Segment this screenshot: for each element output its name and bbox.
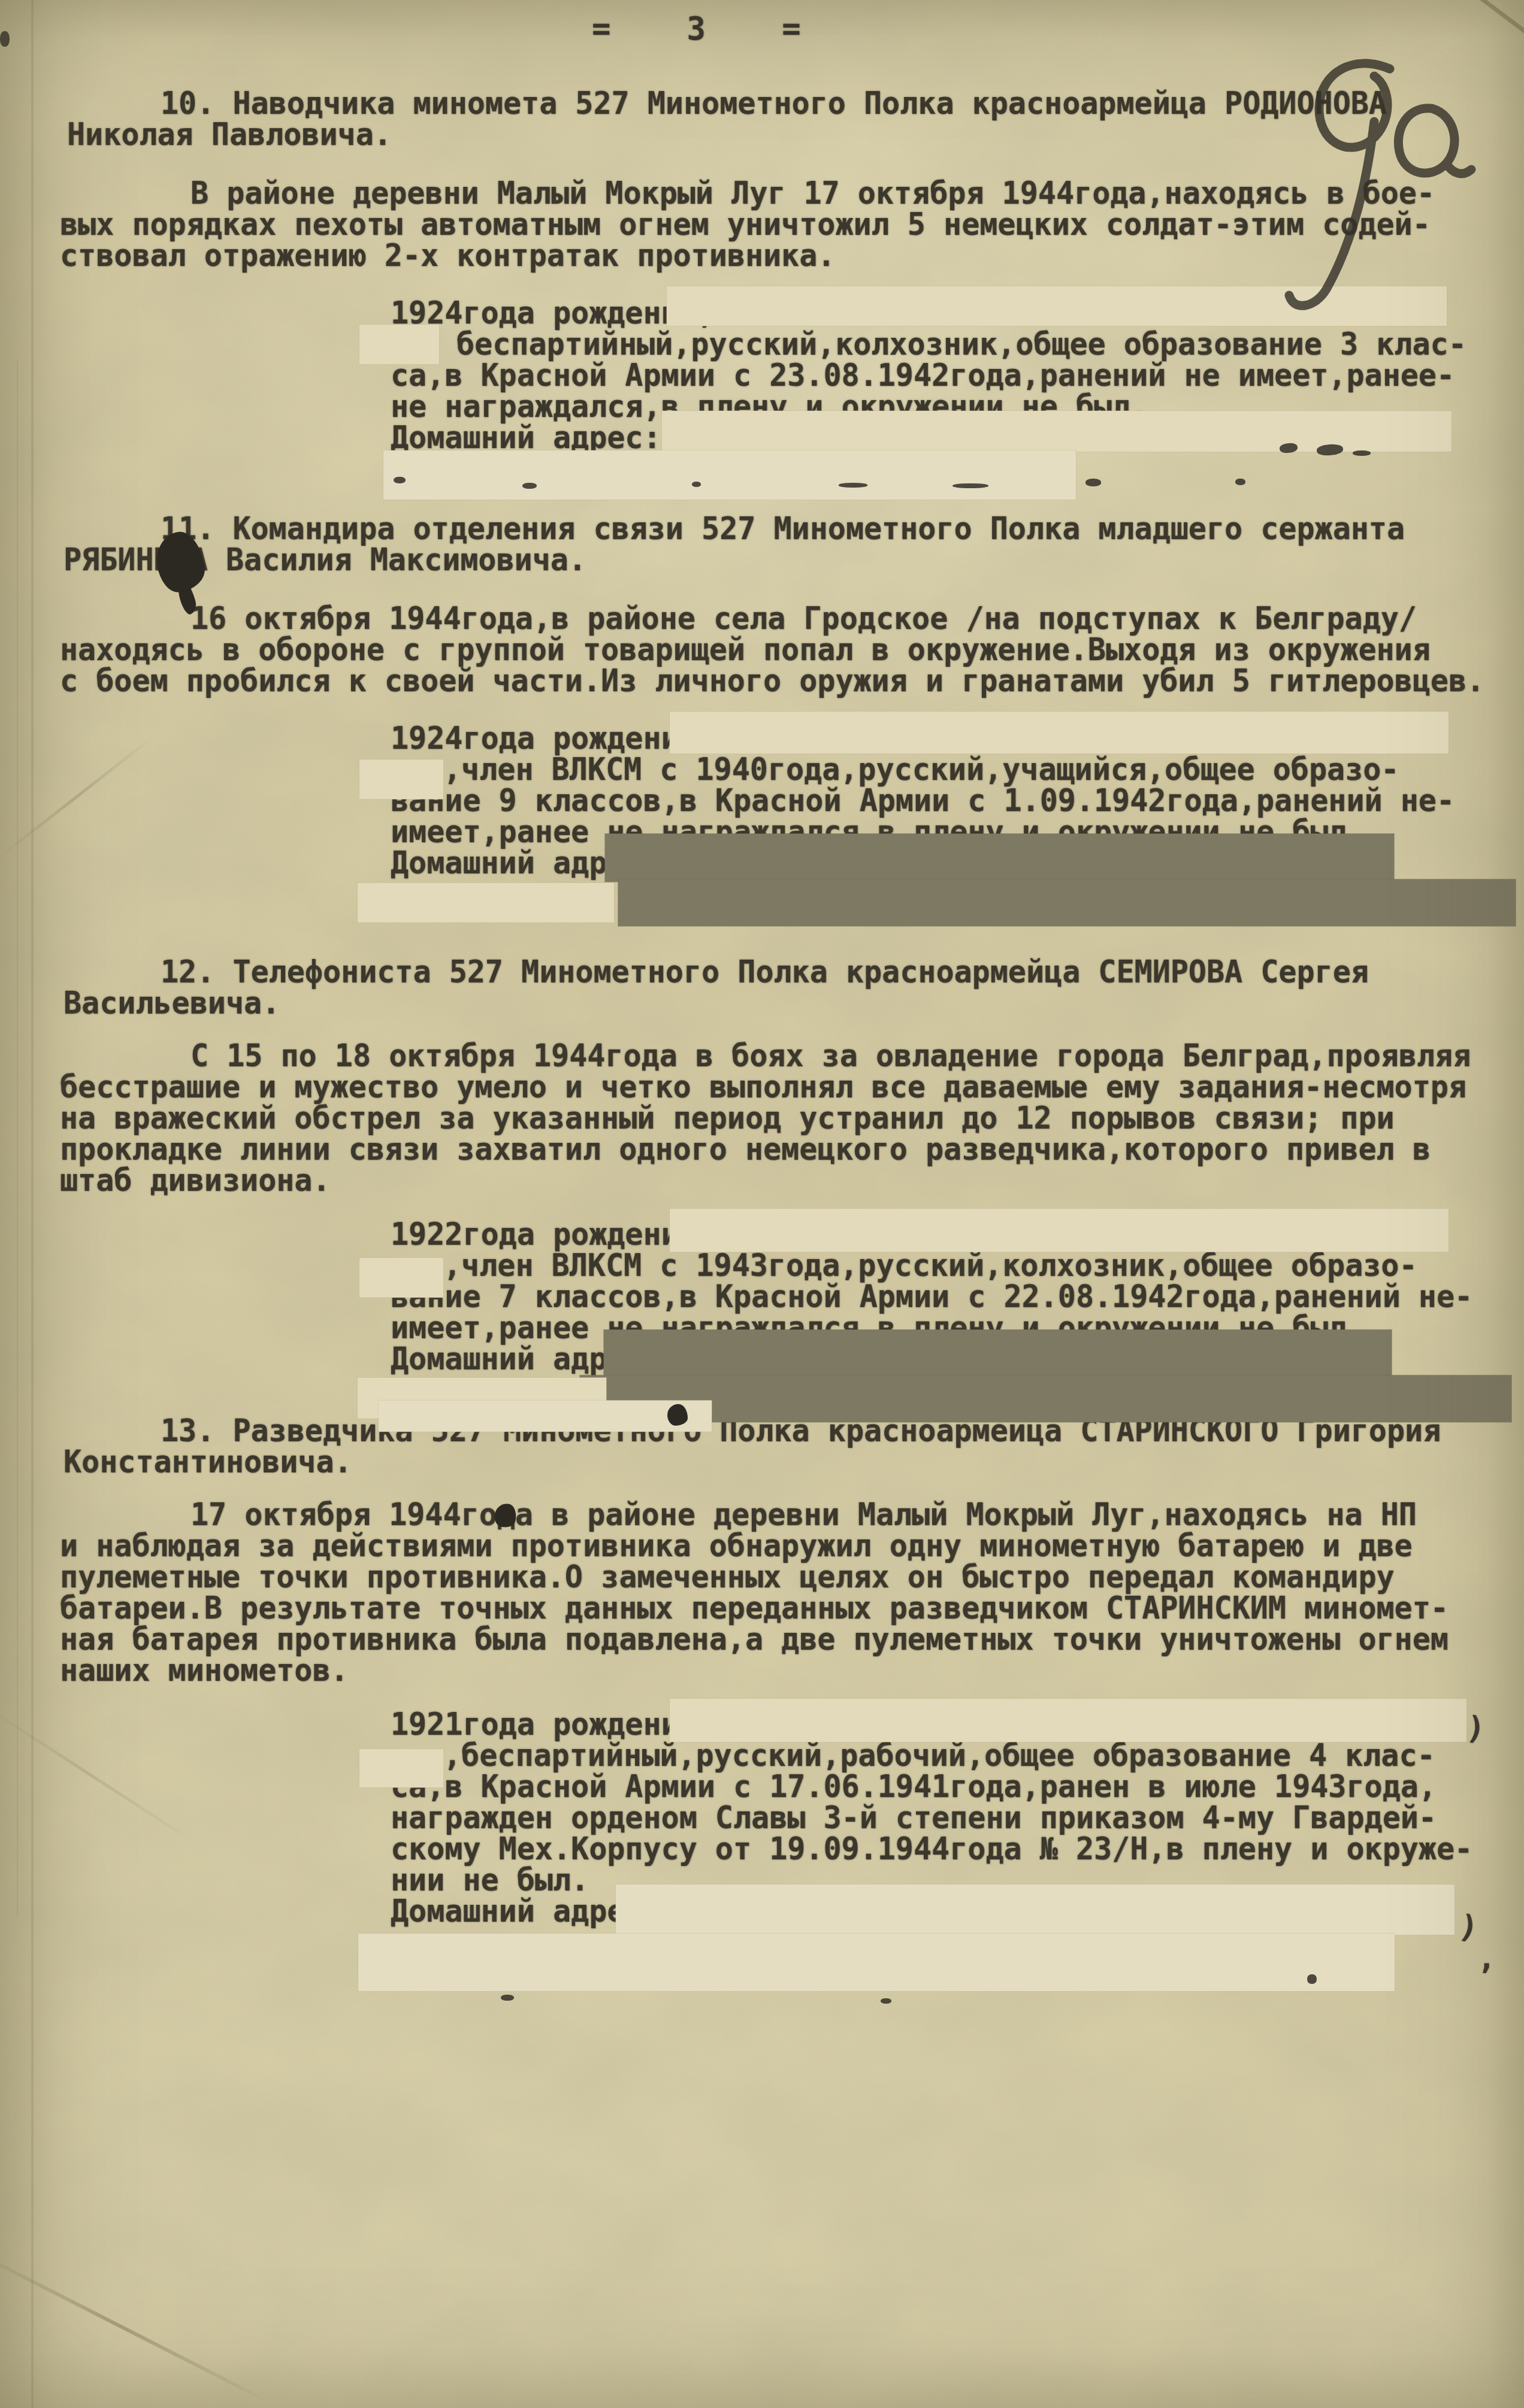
redaction-box-light <box>383 450 1076 500</box>
redaction-box-light <box>670 712 1449 754</box>
entry-11-heading-line-1: 11. Командира отделения связи 527 Миноме… <box>161 512 1405 545</box>
entry-12-details-line-3: вание 7 классов,в Красной Армии с 22.08.… <box>391 1280 1472 1313</box>
entry-12-citation-line-2: бесстрашие и мужество умело и четко выпо… <box>60 1070 1466 1103</box>
ink-fragment <box>522 483 537 489</box>
ink-dot <box>667 1404 688 1426</box>
entry-10-citation-line-3: ствовал отражению 2-х контратак противни… <box>60 239 835 272</box>
entry-13-citation-line-5: ная батарея противника была подавлена,а … <box>60 1623 1449 1656</box>
entry-13-citation-line-3: пулеметные точки противника.О замеченных… <box>60 1560 1395 1593</box>
redaction-box-light <box>359 760 443 799</box>
pen-mark <box>1353 450 1371 456</box>
left-edge-streak <box>31 0 34 2408</box>
entry-12-citation-line-1: С 15 по 18 октября 1944года в боях за ов… <box>190 1039 1471 1072</box>
stray-paren-mark: ) <box>1465 1710 1487 1748</box>
ink-fragment <box>1235 479 1245 485</box>
ink-fragment <box>881 1998 891 2004</box>
ink-fragment <box>1085 479 1101 486</box>
handwritten-mark <box>1264 51 1492 326</box>
entry-13-citation-line-4: батареи.В результате точных данных перед… <box>60 1592 1449 1625</box>
page-number: = 3 = <box>592 13 801 46</box>
entry-13-details-line-6: нии не был. <box>391 1864 589 1896</box>
entry-13-details-line-1: 1921года рождения, <box>391 1708 715 1741</box>
entry-10-citation-line-1: В районе деревни Малый Мокрый Луг 17 окт… <box>190 177 1435 210</box>
redaction-box-dark <box>604 1330 1392 1377</box>
entry-10-details-line-5: Домашний адрес:- <box>391 421 679 454</box>
entry-12-details-line-1: 1922года рождения, <box>391 1218 715 1251</box>
entry-13-details-line-3: са,в Красной Армии с 17.06.1941года,ране… <box>391 1770 1437 1803</box>
entry-11-citation-line-2: находясь в обороне с группой товарищей п… <box>60 633 1431 666</box>
redaction-box-light <box>359 325 439 364</box>
redaction-box-light <box>616 1884 1455 1935</box>
entry-10-citation-line-2: вых порядках пехоты автоматным огнем уни… <box>60 208 1431 241</box>
redaction-box-dark <box>618 879 1516 926</box>
entry-13-details-line-2: ,беспартийный,русский,рабочий,общее обра… <box>443 1739 1435 1772</box>
redaction-box-light <box>359 1258 443 1297</box>
entry-13-citation-line-6: наших минометов. <box>60 1654 349 1687</box>
entry-12-heading-line-2: Васильевича. <box>63 987 280 1020</box>
redaction-box-light <box>358 883 614 922</box>
redaction-box-light <box>358 1934 1395 1991</box>
corner-speck <box>0 31 10 47</box>
ink-fragment <box>952 483 988 488</box>
redaction-box-light <box>359 1749 443 1787</box>
entry-11-citation-line-3: с боем пробился к своей части.Из личного… <box>60 664 1484 697</box>
pen-mark <box>1279 442 1298 453</box>
redaction-box-dark <box>580 1375 1511 1422</box>
stray-comma-mark: , <box>1477 1941 1496 1977</box>
entry-10-details-line-3: са,в Красной Армии с 23.08.1942года,ране… <box>391 359 1455 392</box>
redaction-box-light <box>670 1209 1449 1252</box>
entry-13-citation-line-1: 17 октября 1944года в районе деревни Мал… <box>190 1498 1417 1531</box>
entry-11-details-line-3: вание 9 классов,в Красной Армии с 1.09.1… <box>391 784 1455 817</box>
entry-13-citation-line-2: и наблюдая за действиями противника обна… <box>60 1529 1413 1562</box>
entry-12-details-line-2: ,член ВЛКСМ с 1943года,русский,колхозник… <box>443 1249 1417 1282</box>
entry-13-details-line-5: скому Мех.Корпусу от 19.09.1944года № 23… <box>391 1832 1472 1865</box>
crease-diagonal-3 <box>0 1705 196 1844</box>
entry-11-heading-line-2: РЯБИНИНА Василия Максимовича. <box>63 543 586 576</box>
entry-12-citation-line-5: штаб дивизиона. <box>60 1164 331 1197</box>
crease-diagonal-1 <box>0 2248 270 2404</box>
redaction-box-dark <box>605 834 1394 882</box>
crease-diagonal-2 <box>0 736 154 860</box>
entry-13-heading-line-2: Константиновича. <box>63 1445 352 1478</box>
ink-fragment <box>692 482 701 487</box>
entry-13-details-line-4: награжден орденом Славы 3-й степени прик… <box>391 1801 1437 1834</box>
entry-12-citation-line-3: на вражеский обстрел за указанный период… <box>60 1102 1395 1135</box>
redaction-box-light <box>379 1400 712 1432</box>
ink-fragment <box>839 483 867 488</box>
ink-dot <box>1307 1974 1317 1984</box>
entry-11-details-line-1: 1924года рождения, <box>391 722 715 755</box>
scanned-document-page: = 3 = 10. Наводчика миномета 527 Миномет… <box>0 0 1524 2408</box>
entry-10-heading-line-2: Николая Павловича. <box>67 118 392 151</box>
left-edge-streak-2 <box>17 359 18 1917</box>
ink-fragment <box>501 1995 514 2001</box>
ink-fragment <box>394 477 406 483</box>
entry-10-heading-line-1: 10. Наводчика миномета 527 Минометного П… <box>161 87 1387 120</box>
entry-11-citation-line-1: 16 октября 1944года,в районе села Гродск… <box>190 602 1417 635</box>
entry-11-details-line-2: ,член ВЛКСМ с 1940года,русский,учащийся,… <box>443 753 1399 786</box>
redaction-box-light <box>670 1699 1466 1742</box>
entry-12-citation-line-4: прокладке линии связи захватил одного не… <box>60 1133 1431 1166</box>
fold-line-top-right <box>1421 0 1524 43</box>
entry-12-heading-line-1: 12. Телефониста 527 Минометного Полка кр… <box>161 955 1369 988</box>
entry-10-details-line-2: беспартийный,русский,колхозник,общее обр… <box>456 328 1466 361</box>
